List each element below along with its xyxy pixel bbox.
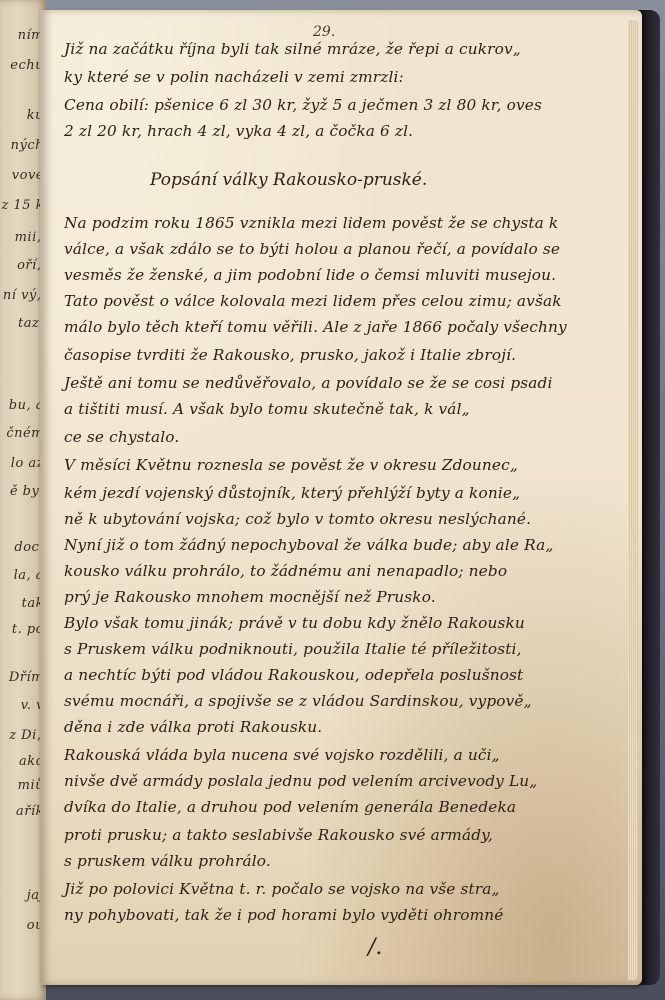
left-page-fragment: z Di„ <box>9 728 44 743</box>
text-line: svému mocnáři, a spojivše se z vládou Sa… <box>64 692 635 711</box>
left-page-fragment: čném <box>6 426 44 441</box>
text-line: Bylo však tomu jinák; právě v tu dobu kd… <box>64 614 635 633</box>
text-line: Nyní již o tom žádný nepochyboval že vál… <box>64 536 635 555</box>
text-line: dvíka do Italie, a druhou pod velením ge… <box>64 798 635 817</box>
text-line: válce, a však zdálo se to býti holou a p… <box>64 240 635 259</box>
left-page-fragment: echu <box>10 58 44 73</box>
text-line: Ještě ani tomu se nedůvěřovalo, a povída… <box>64 374 635 393</box>
text-line: Rakouská vláda byla nucena své vojsko ro… <box>64 746 635 765</box>
left-page-fragment: bu, a <box>9 398 44 413</box>
end-mark: /. <box>368 935 382 960</box>
text-line: ně k ubytování vojska; což bylo v tomto … <box>64 510 635 529</box>
text-line: nivše dvě armády poslala jednu pod velen… <box>64 772 635 791</box>
left-page-fragment: z 15 k <box>1 198 44 213</box>
text-line: V měsíci Květnu roznesla se pověst že v … <box>64 456 635 475</box>
text-line: s pruskem válku prohrálo. <box>64 852 635 871</box>
text-line: málo bylo těch kteří tomu věřili. Ale z … <box>64 318 635 337</box>
text-line: časopise tvrditi že Rakousko, prusko, ja… <box>64 346 635 365</box>
left-page-fragment: ní vý„ <box>3 288 44 303</box>
text-line: děna i zde válka proti Rakousku. <box>64 718 635 737</box>
text-line: vesměs že ženské, a jim podobní lide o č… <box>64 266 635 285</box>
text-line: Na podzim roku 1865 vznikla mezi lidem p… <box>64 214 635 233</box>
text-line: ny pohybovati, tak že i pod horami bylo … <box>64 906 635 925</box>
text-line: Již po polovici Května t. r. počalo se v… <box>64 880 635 899</box>
text-line: Tato pověst o válce kolovala mezi lidem … <box>64 292 635 311</box>
text-line: kousko válku prohrálo, to žádnému ani ne… <box>64 562 635 581</box>
left-page-fragment: ných <box>11 138 44 153</box>
text-line: a nechtíc býti pod vládou Rakouskou, ode… <box>64 666 635 685</box>
text-line: a tištiti musí. A však bylo tomu skutečn… <box>64 400 635 419</box>
left-page-fragment: Dřím <box>9 670 44 685</box>
section-heading: Popsání války Rakousko-pruské. <box>150 170 427 190</box>
left-page-fragment: ě byl <box>10 484 44 499</box>
text-line: Cena obilí: pšenice 6 zl 30 kr, žyž 5 a … <box>64 96 635 115</box>
text-line: s Pruskem válku podniknouti, použila Ita… <box>64 640 635 659</box>
text-line: Již na začátku října byli tak silné mráz… <box>64 40 635 59</box>
text-line: ce se chystalo. <box>64 428 635 447</box>
page-number: 29. <box>313 24 335 40</box>
text-line: prý je Rakousko mnohem mocnější než Prus… <box>64 588 635 607</box>
text-line: proti prusku; a takto seslabivše Rakousk… <box>64 826 635 845</box>
text-line: 2 zl 20 kr, hrach 4 zl, vyka 4 zl, a čoč… <box>64 122 635 141</box>
text-line: kém jezdí vojenský důstojník, který přeh… <box>64 484 635 503</box>
text-line: ky které se v polin nacházeli v zemi zmr… <box>64 68 635 87</box>
